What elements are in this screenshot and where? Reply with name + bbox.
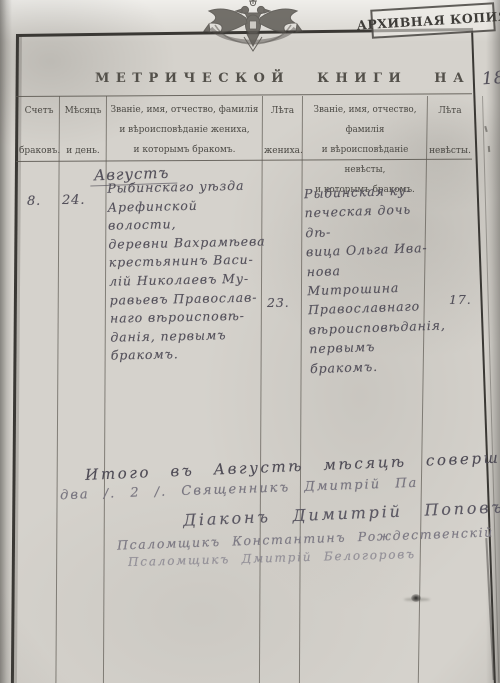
bride-line: нова Митрошина xyxy=(306,257,435,300)
document-title-printed: МЕТРИЧЕСКОЙ КНИГИ НА xyxy=(95,71,470,86)
header-bride-age: Лѣта невѣсты. xyxy=(428,101,472,162)
ink-blot xyxy=(411,594,421,602)
bride-line: печеская дочь дѣ- xyxy=(304,199,433,242)
footer-total-line: Итого въ Августѣ мѣсяцѣ соверше xyxy=(85,448,500,484)
header-groom-line3: и которымъ бракомъ. xyxy=(108,140,261,160)
ink-speck xyxy=(488,146,491,152)
header-groom-line2: и вѣроисповѣданіе жениха, xyxy=(108,120,261,140)
groom-line: Рыбинскаго уѣзда xyxy=(107,176,267,198)
bride-line: первымъ бракомъ. xyxy=(309,335,438,378)
table-column-line-1 xyxy=(55,96,60,683)
archive-copy-stamp: АРХИВНАЯ КОПИЯ xyxy=(370,2,496,39)
record-number: 8. xyxy=(27,194,41,209)
groom-line: бракомъ. xyxy=(111,344,271,366)
header-groom-age-line2: жениха. xyxy=(264,146,301,158)
header-groom-age: Лѣта жениха. xyxy=(264,101,301,162)
imperial-eagle-emblem xyxy=(192,0,314,62)
scanned-metrical-book-page: АРХИВНАЯ КОПИЯ МЕТРИЧЕСКОЙ КНИГИ НА 1889… xyxy=(0,0,500,683)
archive-copy-stamp-text: АРХИВНАЯ КОПИЯ xyxy=(356,8,500,32)
record-day: 24. xyxy=(62,193,85,208)
groom-line: Арефинской волости, xyxy=(107,195,268,236)
header-count-line1: Счетъ xyxy=(19,106,59,118)
header-count-line2: браковъ. xyxy=(19,146,59,158)
header-bride-age-line2: невѣсты. xyxy=(428,146,472,158)
table-header-top-line xyxy=(16,93,472,97)
footer-psalmist-signature-1: Псаломщикъ Константинъ Рождественскій xyxy=(117,524,494,552)
paper-edge-left xyxy=(0,0,12,683)
page-border-left xyxy=(11,34,19,683)
header-month-line2: и день. xyxy=(61,146,105,158)
header-bride-age-line1: Лѣта xyxy=(428,106,472,118)
header-bride-line2: и вѣроисповѣданіе невѣсты, xyxy=(304,140,426,180)
header-groom: Званіе, имя, отчество, фамилія и вѣроисп… xyxy=(108,100,261,160)
header-groom-age-line1: Лѣта xyxy=(264,106,301,118)
document-title: МЕТРИЧЕСКОЙ КНИГИ НА 1889 г. xyxy=(95,67,500,87)
bride-description: Рыбинская ку- печеская дочь дѣ- вица Оль… xyxy=(304,180,439,378)
header-count: Счетъ браковъ. xyxy=(19,101,59,162)
groom-age: 23. xyxy=(267,295,290,310)
header-bride-line1: Званіе, имя, отчество, фамилія xyxy=(304,100,426,140)
bride-age: 17. xyxy=(449,292,472,307)
document-title-year: 1889 г. xyxy=(482,65,500,90)
table-column-line-4 xyxy=(299,96,303,683)
header-month-day: Мѣсяцъ и день. xyxy=(61,101,105,162)
groom-line: равьевъ Православ- xyxy=(109,288,269,310)
groom-description: Рыбинскаго уѣзда Арефинской волости, дер… xyxy=(107,176,271,365)
header-groom-line1: Званіе, имя, отчество, фамилія xyxy=(108,100,261,120)
header-month-line1: Мѣсяцъ xyxy=(61,106,105,118)
